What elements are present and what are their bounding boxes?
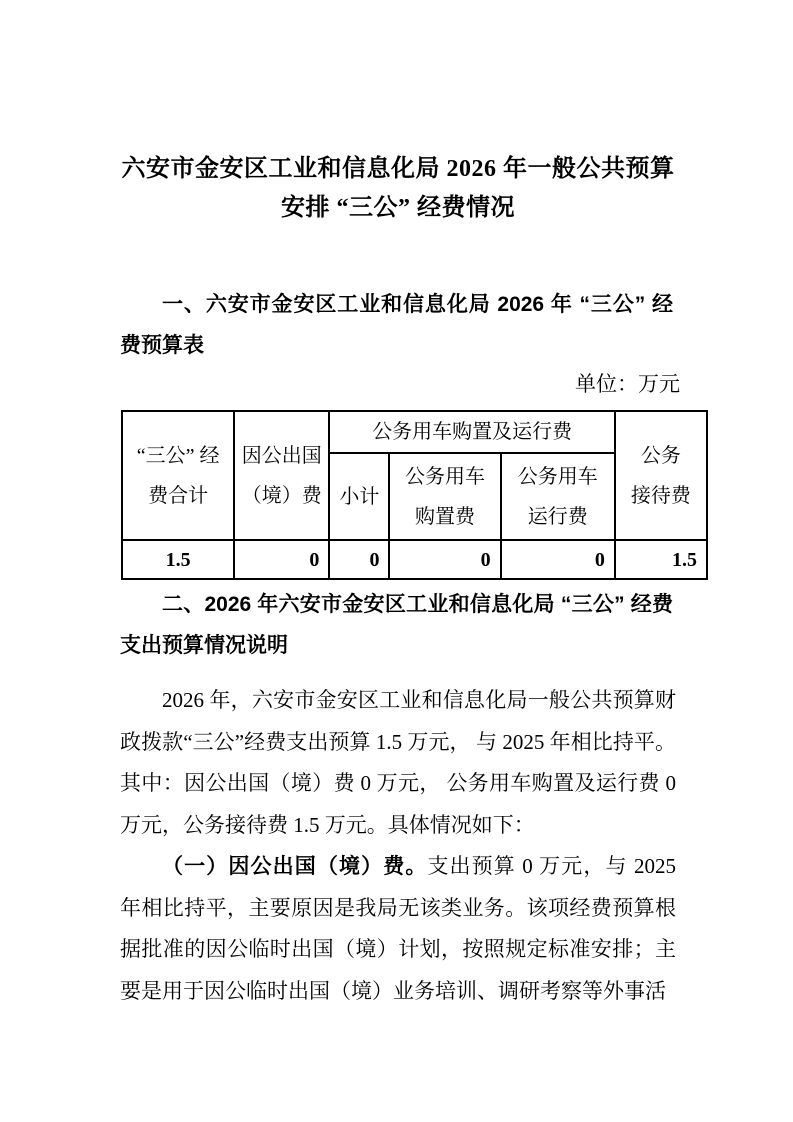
cell-subtotal-value: 0 (329, 540, 389, 579)
paragraph-overview: 2026 年，六安市金安区工业和信息化局一般公共预算财政拨款“三公”经费支出预算… (120, 680, 676, 846)
cell-operation-value: 0 (501, 540, 615, 579)
cell-reception-value: 1.5 (615, 540, 707, 579)
paragraph-abroad: （一）因公出国（境）费。支出预算 0 万元，与 2025 年相比持平，主要原因是… (120, 846, 676, 1012)
header-reception-cell: 公务 接待费 (615, 411, 707, 540)
table-data-row: 1.5 0 0 0 0 1.5 (122, 540, 707, 579)
cell-purchase-value: 0 (389, 540, 500, 579)
document-title: 六安市金安区工业和信息化局 2026 年一般公共预算 安排 “三公” 经费情况 (120, 150, 676, 228)
header-subtotal-cell: 小计 (329, 453, 389, 540)
header-operation-cell: 公务用车 运行费 (501, 453, 615, 540)
cell-total-value: 1.5 (122, 540, 234, 579)
header-total-cell: “三公” 经 费合计 (122, 411, 234, 540)
three-public-budget-table: “三公” 经 费合计 因公出国 （境）费 公务用车购置及运行费 公务 接待费 小… (121, 410, 708, 580)
header-vehicle-group-cell: 公务用车购置及运行费 (329, 411, 614, 453)
paragraph-abroad-lead: （一）因公出国（境）费。 (162, 855, 427, 878)
cell-abroad-value: 0 (234, 540, 329, 579)
header-purchase-cell: 公务用车 购置费 (389, 453, 500, 540)
body-text-block: 2026 年，六安市金安区工业和信息化局一般公共预算财政拨款“三公”经费支出预算… (120, 680, 676, 1012)
table-unit-label: 单位：万元 (120, 374, 680, 395)
section2-heading: 二、2026 年六安市金安区工业和信息化局 “三公” 经费支出预算情况说明 (120, 584, 673, 666)
section1-heading: 一、六安市金安区工业和信息化局 2026 年 “三公” 经费预算表 (120, 284, 673, 366)
header-abroad-cell: 因公出国 （境）费 (234, 411, 329, 540)
document-page: 六安市金安区工业和信息化局 2026 年一般公共预算 安排 “三公” 经费情况 … (0, 0, 793, 1122)
